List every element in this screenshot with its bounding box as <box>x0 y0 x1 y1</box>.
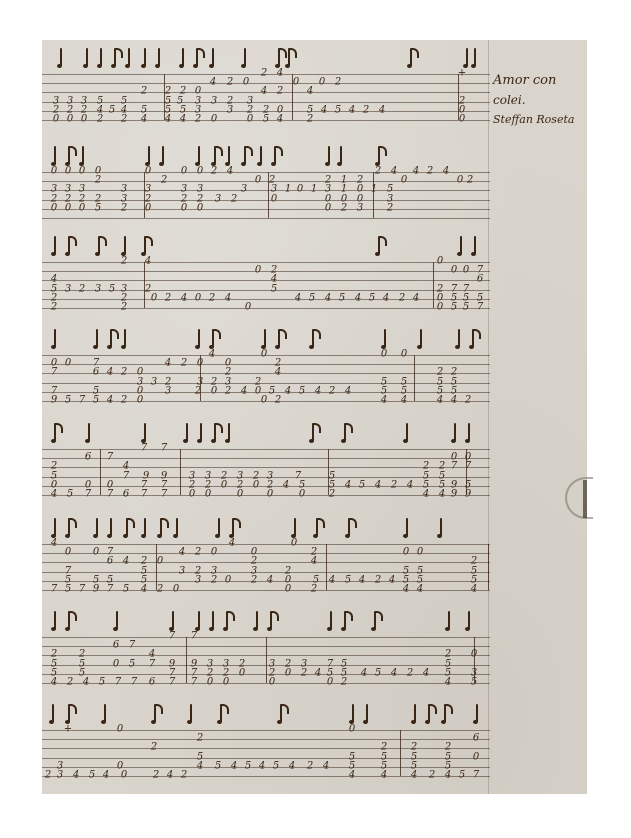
fret-number: 2 <box>151 743 157 753</box>
rhythm-sign <box>128 48 130 66</box>
fret-number: 2 <box>157 585 163 595</box>
rhythm-sign <box>212 611 214 629</box>
fret-number: 0 <box>67 115 73 125</box>
staff-line <box>42 299 490 300</box>
staff-line <box>42 383 490 384</box>
fret-number: 5 <box>99 678 105 688</box>
fret-number: 2 <box>97 115 103 125</box>
fret-number: 9 <box>51 396 57 406</box>
tablature-system: 7767224205505799332323755557722020245545… <box>42 637 490 685</box>
fret-number: 2 <box>161 176 167 186</box>
fret-number: 9 <box>465 490 471 500</box>
fret-number: 4 <box>439 490 445 500</box>
fret-number: 7 <box>161 490 167 500</box>
rhythm-sign <box>96 518 98 536</box>
fret-number: 4 <box>179 548 185 558</box>
fret-number: 0 <box>189 490 195 500</box>
fret-number: 0 <box>151 293 157 303</box>
fret-number: 0 <box>291 539 297 549</box>
rhythm-sign <box>144 48 146 66</box>
rhythm-sign <box>214 423 216 441</box>
fret-number: 3 <box>151 377 157 387</box>
rhythm-sign <box>366 704 368 722</box>
rhythm-sign <box>54 236 56 254</box>
title-annotation: Amor con colei. Steffan Roseta <box>493 74 587 127</box>
fret-number: 6 <box>473 734 479 744</box>
fret-number: 7 <box>169 632 175 642</box>
fret-number: 0 <box>293 78 299 88</box>
fret-number: 0 <box>471 650 477 660</box>
rhythm-sign <box>474 48 476 66</box>
fret-number: 2 <box>399 293 405 303</box>
rhythm-sign <box>54 611 56 629</box>
fret-number: 4 <box>165 115 171 125</box>
manuscript-page: 4200022220424333555533232222454555332205… <box>42 40 587 794</box>
fret-number: 4 <box>391 668 397 678</box>
staff-line <box>42 758 490 759</box>
tablature-system: +002622225555503045454542455552345402424… <box>42 730 490 778</box>
rhythm-sign <box>68 611 70 629</box>
fret-number: 0 <box>181 167 187 177</box>
fret-number: 4 <box>423 490 429 500</box>
fret-number: 4 <box>413 167 419 177</box>
rhythm-sign <box>344 423 346 441</box>
staff-line <box>42 271 490 272</box>
fret-number: 5 <box>129 659 135 669</box>
fret-number: 7 <box>477 303 483 313</box>
rhythm-sign <box>264 329 266 347</box>
staff-line <box>42 200 490 201</box>
rhythm-sign <box>420 329 422 347</box>
rhythm-sign <box>110 518 112 536</box>
fret-number: 2 <box>141 87 147 97</box>
fret-number: 1 <box>285 185 291 195</box>
fret-number: + <box>458 69 466 79</box>
tablature-system: 2400200744653235325277220240244545454240… <box>42 262 490 310</box>
fret-number: 3 <box>65 284 71 294</box>
rhythm-sign <box>68 236 70 254</box>
rhythm-sign <box>54 146 56 164</box>
fret-number: 5 <box>359 480 365 490</box>
fret-number: 4 <box>375 480 381 490</box>
fret-number: 5 <box>369 293 375 303</box>
fret-number: 5 <box>109 105 115 115</box>
fret-number: 5 <box>459 771 465 781</box>
fret-number: 4 <box>259 761 265 771</box>
rhythm-sign <box>218 518 220 536</box>
rhythm-sign <box>82 146 84 164</box>
rhythm-sign <box>454 423 456 441</box>
staff-line <box>42 748 490 749</box>
fret-number: 4 <box>73 771 79 781</box>
staff-line <box>42 739 490 740</box>
fret-number: 0 <box>157 557 163 567</box>
fret-number: 4 <box>445 771 451 781</box>
rhythm-sign <box>144 236 146 254</box>
rhythm-sign <box>468 611 470 629</box>
barline <box>100 449 101 495</box>
fret-number: 4 <box>123 557 129 567</box>
fret-number: 0 <box>437 303 443 313</box>
fret-number: 7 <box>131 678 137 688</box>
fret-number: 0 <box>245 303 251 313</box>
tablature-system: 0000000242442422022120023333333331013101… <box>42 172 490 220</box>
fret-number: 2 <box>51 303 57 313</box>
fret-number: 4 <box>277 115 283 125</box>
fret-number: 2 <box>341 678 347 688</box>
fret-number: 4 <box>437 396 443 406</box>
staff-line <box>42 364 490 365</box>
fret-number: 0 <box>473 752 479 762</box>
barline <box>433 262 434 308</box>
fret-number: 6 <box>113 641 119 651</box>
fret-number: 4 <box>141 585 147 595</box>
fret-number: 4 <box>389 575 395 585</box>
fret-number: 2 <box>427 167 433 177</box>
fret-number: 2 <box>95 176 101 186</box>
staff-line <box>42 262 490 263</box>
fret-number: 0 <box>463 266 469 276</box>
fret-number: 4 <box>329 575 335 585</box>
fret-number: 3 <box>57 771 63 781</box>
fret-number: 4 <box>285 386 291 396</box>
fret-number: 5 <box>309 293 315 303</box>
barline <box>488 544 489 590</box>
fret-number: 0 <box>247 115 253 125</box>
fret-number: 4 <box>307 87 313 97</box>
rhythm-sign <box>472 329 474 347</box>
fret-number: 2 <box>387 203 393 213</box>
fret-number: 2 <box>341 203 347 213</box>
fret-number: 2 <box>329 386 335 396</box>
rhythm-sign <box>214 146 216 164</box>
fret-number: 0 <box>459 115 465 125</box>
fret-number: 0 <box>121 771 127 781</box>
fret-number: 5 <box>263 115 269 125</box>
fret-number: 0 <box>145 203 151 213</box>
rhythm-sign <box>476 704 478 722</box>
rhythm-sign <box>54 329 56 347</box>
fret-number: 0 <box>65 548 71 558</box>
fret-number: 0 <box>349 725 355 735</box>
rhythm-sign <box>190 704 192 722</box>
staff-line <box>42 190 490 191</box>
fret-number: 0 <box>417 548 423 558</box>
rhythm-sign <box>212 329 214 347</box>
fret-number: 5 <box>67 490 73 500</box>
fret-number: 2 <box>335 78 341 88</box>
fret-number: 5 <box>245 761 251 771</box>
rhythm-sign <box>124 329 126 347</box>
fret-number: 3 <box>227 105 233 115</box>
fret-number: 0 <box>255 176 261 186</box>
fret-number: 0 <box>197 359 203 369</box>
fret-number: 0 <box>225 575 231 585</box>
barline <box>186 637 187 683</box>
fret-number: 0 <box>197 167 203 177</box>
fret-number: 4 <box>423 668 429 678</box>
rhythm-sign <box>68 704 70 722</box>
binding-clasp <box>565 477 593 519</box>
fret-number: 2 <box>181 771 187 781</box>
rhythm-sign <box>280 704 282 722</box>
rhythm-sign <box>104 704 106 722</box>
fret-number: 4 <box>103 771 109 781</box>
fret-number: 7 <box>191 632 197 642</box>
fret-number: 2 <box>165 293 171 303</box>
fret-number: 4 <box>210 78 216 88</box>
rhythm-sign <box>182 48 184 66</box>
fret-number: 6 <box>107 557 113 567</box>
fret-number: 0 <box>197 203 203 213</box>
barline <box>180 449 181 495</box>
fret-number: 7 <box>107 453 113 463</box>
fret-number: 2 <box>311 585 317 595</box>
barline <box>266 637 267 683</box>
rhythm-sign <box>288 48 290 66</box>
fret-number: 0 <box>253 480 259 490</box>
rhythm-sign <box>374 611 376 629</box>
fret-number: 5 <box>345 575 351 585</box>
staff-line <box>42 392 490 393</box>
fret-number: 0 <box>239 668 245 678</box>
fret-number: 0 <box>285 585 291 595</box>
rhythm-sign <box>126 518 128 536</box>
fret-number: 7 <box>451 462 457 472</box>
fret-number: 3 <box>215 194 221 204</box>
fret-number: 0 <box>117 725 123 735</box>
fret-number: 2 <box>261 69 267 79</box>
fret-number: 7 <box>85 490 91 500</box>
fret-number: 0 <box>381 350 387 360</box>
fret-number: 7 <box>129 641 135 651</box>
fret-number: 4 <box>267 575 273 585</box>
fret-number: 4 <box>315 386 321 396</box>
title-line-2: colei. <box>493 93 587 107</box>
fret-number: 5 <box>375 668 381 678</box>
rhythm-sign <box>100 48 102 66</box>
rhythm-sign <box>98 236 100 254</box>
fret-number: 0 <box>113 659 119 669</box>
rhythm-sign <box>86 48 88 66</box>
fret-number: 2 <box>121 203 127 213</box>
fret-number: 0 <box>207 678 213 688</box>
fret-number: + <box>64 725 72 735</box>
fret-number: 7 <box>79 396 85 406</box>
staff-line <box>42 683 490 684</box>
fret-number: 4 <box>231 761 237 771</box>
fret-number: 4 <box>379 105 385 115</box>
fret-number: 2 <box>79 284 85 294</box>
fret-number: 2 <box>307 115 313 125</box>
fret-number: 0 <box>457 176 463 186</box>
rhythm-sign <box>466 48 468 66</box>
rhythm-sign <box>88 423 90 441</box>
fret-number: 2 <box>375 167 381 177</box>
fret-number: 7 <box>115 678 121 688</box>
fret-number: 0 <box>255 266 261 276</box>
rhythm-sign <box>54 518 56 536</box>
fret-number: 5 <box>273 761 279 771</box>
fret-number: 4 <box>361 668 367 678</box>
rhythm-sign <box>154 704 156 722</box>
fret-number: 2 <box>391 480 397 490</box>
fret-number: 2 <box>231 194 237 204</box>
fret-number: 4 <box>275 368 281 378</box>
rhythm-sign <box>124 236 126 254</box>
fret-number: 4 <box>283 480 289 490</box>
fret-number: 4 <box>209 350 215 360</box>
fret-number: 4 <box>225 293 231 303</box>
fret-number: 5 <box>109 284 115 294</box>
fret-number: 0 <box>237 490 243 500</box>
rhythm-sign <box>116 611 118 629</box>
fret-number: 5 <box>65 396 71 406</box>
fret-number: 4 <box>229 539 235 549</box>
fret-number: 4 <box>261 87 267 97</box>
fret-number: 7 <box>79 585 85 595</box>
fret-number: 5 <box>271 284 277 294</box>
rhythm-sign <box>312 329 314 347</box>
rhythm-sign <box>244 146 246 164</box>
rhythm-sign <box>260 146 262 164</box>
rhythm-sign <box>52 704 54 722</box>
rhythm-sign <box>256 611 258 629</box>
fret-number: 4 <box>197 761 203 771</box>
fret-number: 0 <box>65 167 71 177</box>
fret-number: 7 <box>149 659 155 669</box>
rhythm-sign <box>410 48 412 66</box>
fret-number: 4 <box>311 557 317 567</box>
fret-number: 5 <box>123 585 129 595</box>
fret-number: 5 <box>335 105 341 115</box>
barline <box>326 544 327 590</box>
fret-number: 9 <box>451 490 457 500</box>
fret-number: 0 <box>267 490 273 500</box>
staff-line <box>42 776 490 777</box>
fret-number: 3 <box>357 203 363 213</box>
fret-number: 3 <box>165 386 171 396</box>
fret-number: 5 <box>93 396 99 406</box>
rhythm-sign <box>414 704 416 722</box>
fret-number: 7 <box>191 678 197 688</box>
fret-number: 0 <box>205 490 211 500</box>
fret-number: 4 <box>355 293 361 303</box>
rhythm-sign <box>96 329 98 347</box>
fret-number: 2 <box>209 293 215 303</box>
fret-number: 0 <box>223 678 229 688</box>
fret-number: 2 <box>429 771 435 781</box>
fret-number: 3 <box>211 96 217 106</box>
staff-line <box>42 172 490 173</box>
fret-number: 4 <box>413 293 419 303</box>
fret-number: 0 <box>65 203 71 213</box>
barline <box>400 730 401 776</box>
fret-number: 4 <box>445 678 451 688</box>
fret-number: 2 <box>197 734 203 744</box>
rhythm-sign <box>144 423 146 441</box>
tablature-system: 7767002422775799332323755500077220202455… <box>42 449 490 497</box>
fret-number: 4 <box>443 167 449 177</box>
fret-number: 2 <box>211 575 217 585</box>
fret-number: 3 <box>179 566 185 576</box>
fret-number: 4 <box>289 761 295 771</box>
fret-number: 4 <box>241 386 247 396</box>
rhythm-sign <box>468 423 470 441</box>
staff-line <box>42 181 490 182</box>
rhythm-sign <box>68 518 70 536</box>
fret-number: 2 <box>121 303 127 313</box>
rhythm-sign <box>212 48 214 66</box>
fret-number: 3 <box>241 185 247 195</box>
fret-number: 4 <box>107 396 113 406</box>
fret-number: 2 <box>467 176 473 186</box>
fret-number: 4 <box>321 105 327 115</box>
fret-number: 7 <box>107 490 113 500</box>
fret-number: 4 <box>471 585 477 595</box>
fret-number: 4 <box>391 167 397 177</box>
fret-number: 7 <box>141 490 147 500</box>
fret-number: 4 <box>145 257 151 267</box>
fret-number: 0 <box>53 115 59 125</box>
fret-number: 5 <box>339 293 345 303</box>
fret-number: 2 <box>363 105 369 115</box>
rhythm-sign <box>444 704 446 722</box>
fret-number: 0 <box>403 548 409 558</box>
fret-number: 2 <box>67 678 73 688</box>
fret-number: 0 <box>285 668 291 678</box>
fret-number: 0 <box>243 78 249 88</box>
fret-number: 4 <box>359 575 365 585</box>
fret-number: 5 <box>89 771 95 781</box>
rhythm-sign <box>316 518 318 536</box>
staff-line <box>42 280 490 281</box>
rhythm-sign <box>162 146 164 164</box>
fret-number: 4 <box>349 771 355 781</box>
fret-number: 2 <box>301 668 307 678</box>
rhythm-sign <box>406 518 408 536</box>
rhythm-sign <box>274 146 276 164</box>
fret-number: 2 <box>45 771 51 781</box>
fret-number: 0 <box>81 115 87 125</box>
fret-number: 6 <box>149 678 155 688</box>
fret-number: 2 <box>329 490 335 500</box>
fret-number: 0 <box>211 548 217 558</box>
fret-number: 0 <box>299 490 305 500</box>
rhythm-sign <box>232 518 234 536</box>
fret-number: 4 <box>381 396 387 406</box>
fret-number: 4 <box>51 539 57 549</box>
fret-number: 4 <box>325 293 331 303</box>
fret-number: 1 <box>311 185 317 195</box>
fret-number: 5 <box>215 761 221 771</box>
rhythm-sign <box>278 48 280 66</box>
rhythm-sign <box>144 518 146 536</box>
rhythm-sign <box>352 704 354 722</box>
rhythm-sign <box>460 236 462 254</box>
fret-number: 5 <box>463 303 469 313</box>
fret-number: 0 <box>65 359 71 369</box>
fret-number: 2 <box>307 761 313 771</box>
rhythm-sign <box>340 146 342 164</box>
fret-number: 0 <box>221 480 227 490</box>
fret-number: 7 <box>161 444 167 454</box>
rhythm-sign <box>220 704 222 722</box>
rhythm-sign <box>198 146 200 164</box>
fret-number: 3 <box>195 575 201 585</box>
fret-number: 2 <box>195 386 201 396</box>
rhythm-sign <box>328 146 330 164</box>
